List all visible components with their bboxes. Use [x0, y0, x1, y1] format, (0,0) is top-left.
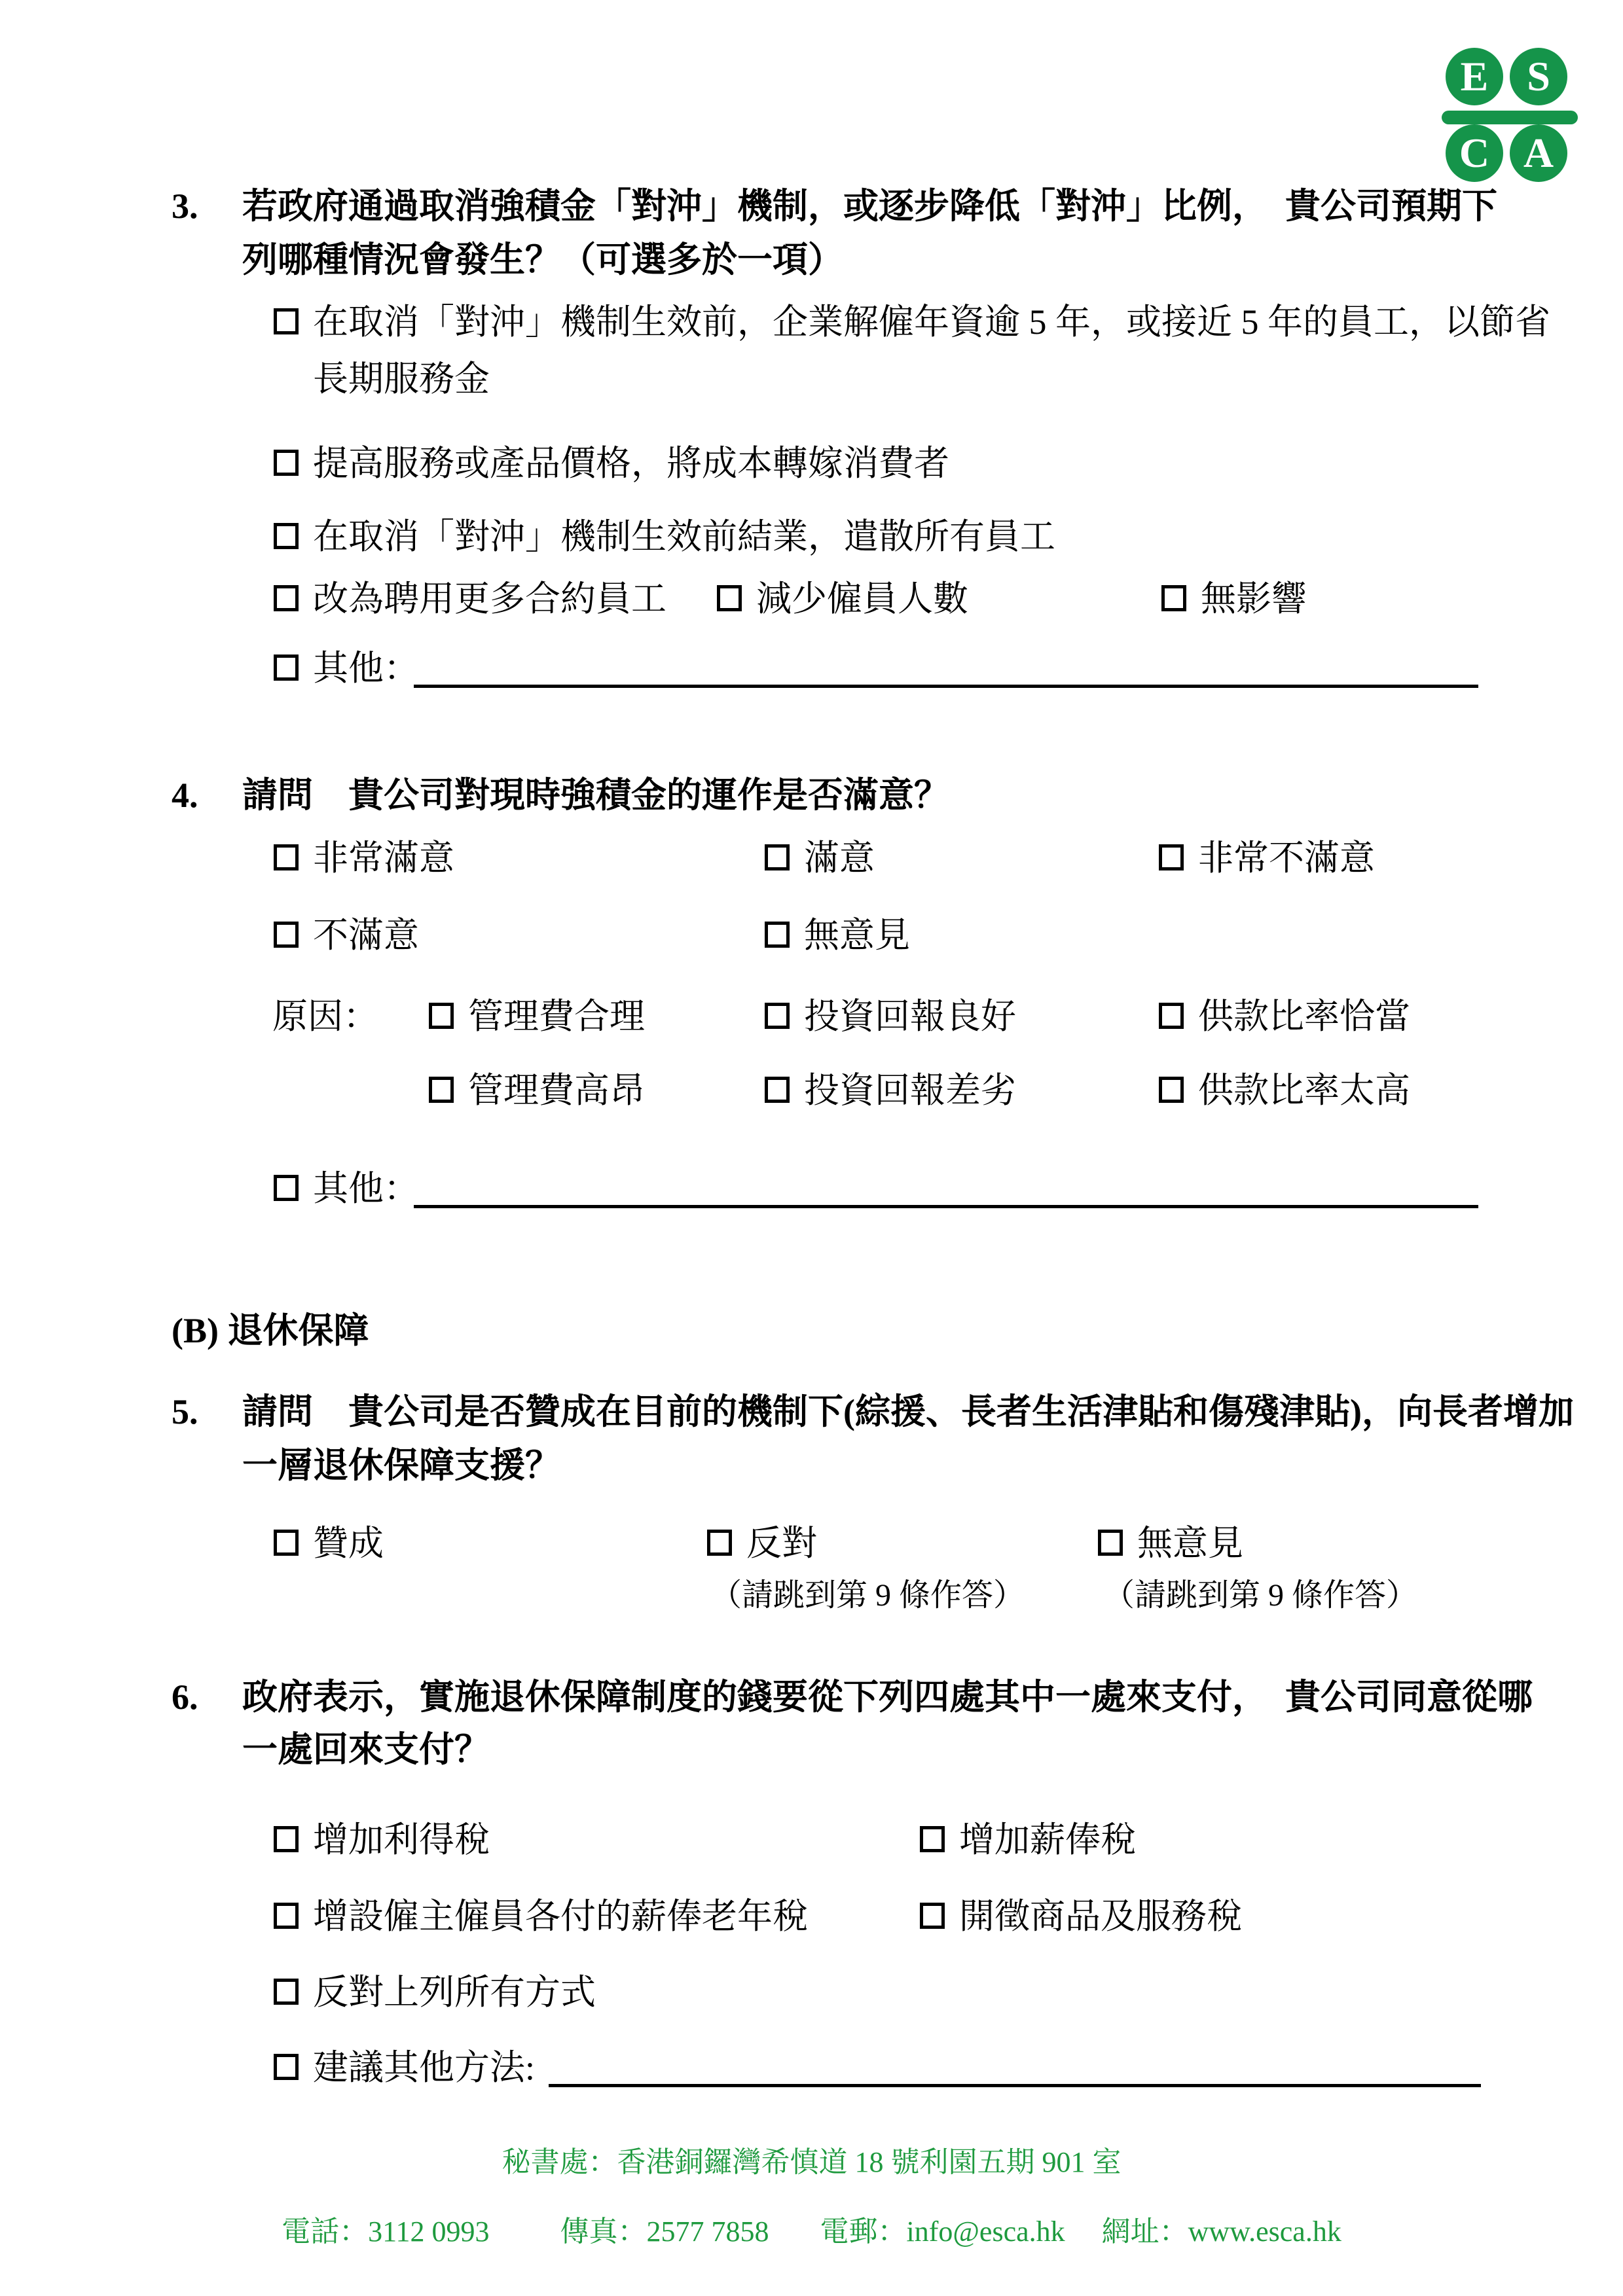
q3-option-raise-prices: 提高服務或產品價格，將成本轉嫁消費者 — [274, 443, 949, 484]
q6-title-line1: 政府表示，實施退休保障制度的錢要從下列四處其中一處來支付， 貴公司同意從哪 — [242, 1677, 1533, 1717]
q4-reason-fee-reasonable-label: 管理費合理 — [468, 996, 645, 1037]
q4-reason-fee-reasonable: 管理費合理 — [429, 996, 645, 1037]
q4-option-very-dissatisfied: 非常不滿意 — [1159, 838, 1375, 878]
q5-option-agree: 贊成 — [274, 1523, 384, 1564]
logo-circle-e: E — [1446, 48, 1503, 105]
q6-option-old-age-tax-label: 增設僱主僱員各付的薪俸老年稅 — [313, 1896, 808, 1937]
q6-checkbox-gst[interactable] — [920, 1903, 945, 1929]
q4-checkbox-other[interactable] — [274, 1175, 299, 1201]
q5-title-line1: 請問 貴公司是否贊成在目前的機制下(綜援、長者生活津貼和傷殘津貼)，向長者增加 — [242, 1391, 1574, 1432]
logo-circle-a: A — [1510, 124, 1567, 182]
q6-option-profits-tax-label: 增加利得稅 — [313, 1820, 490, 1860]
q5-oppose-skip-note: （請跳到第 9 條作答） — [710, 1577, 1025, 1614]
q6-option-oppose-all-label: 反對上列所有方式 — [313, 1972, 596, 2013]
logo-circle-c: C — [1446, 124, 1503, 182]
q3-option-reduce-headcount-label: 減少僱員人數 — [756, 579, 968, 619]
q4-reason-contribution-high-label: 供款比率太高 — [1198, 1070, 1410, 1111]
q4-reason-return-good: 投資回報良好 — [765, 996, 1016, 1037]
logo-circle-s: S — [1510, 48, 1567, 105]
q4-option-other: 其他： — [274, 1168, 419, 1209]
q6-checkbox-oppose-all[interactable] — [274, 1979, 299, 2005]
q3-title-line1: 若政府通過取消強積金「對沖」機制，或逐步降低「對沖」比例， 貴公司預期下 — [242, 186, 1497, 226]
q3-option-close-business: 在取消「對沖」機制生效前結業，遣散所有員工 — [274, 516, 1055, 557]
q4-option-dissatisfied-label: 不滿意 — [313, 915, 419, 956]
q4-checkbox-return-good[interactable] — [765, 1003, 790, 1029]
q4-reason-label: 原因： — [272, 996, 378, 1037]
q4-checkbox-contribution-high[interactable] — [1159, 1077, 1184, 1103]
q3-checkbox-no-impact[interactable] — [1161, 585, 1186, 611]
q5-checkbox-oppose[interactable] — [707, 1530, 732, 1556]
q4-checkbox-contribution-appropriate[interactable] — [1159, 1003, 1184, 1029]
questionnaire-page: E S C A 3. 若政府通過取消強積金「對沖」機制，或逐步降低「對沖」比例，… — [0, 0, 1623, 2296]
q4-checkbox-fee-reasonable[interactable] — [429, 1003, 454, 1029]
q4-option-satisfied: 滿意 — [765, 838, 875, 878]
footer-email: 電郵：info@esca.hk — [820, 2215, 1065, 2249]
logo-bar — [1442, 111, 1578, 124]
q6-option-gst: 開徵商品及服務稅 — [920, 1896, 1242, 1937]
q4-reason-contribution-high: 供款比率太高 — [1159, 1070, 1410, 1111]
section-b-title: (B) 退休保障 — [172, 1310, 369, 1351]
q5-option-agree-label: 贊成 — [313, 1523, 384, 1564]
q3-option-close-business-label: 在取消「對沖」機制生效前結業，遣散所有員工 — [313, 516, 1055, 557]
q4-checkbox-very-dissatisfied[interactable] — [1159, 844, 1184, 870]
q6-option-salaries-tax-label: 增加薪俸稅 — [959, 1820, 1136, 1860]
q6-checkbox-profits-tax[interactable] — [274, 1826, 299, 1852]
q4-reason-fee-high-label: 管理費高昂 — [468, 1070, 645, 1111]
q5-checkbox-no-opinion[interactable] — [1098, 1530, 1123, 1556]
footer-contact-line: 電話：3112 0993 傳真：2577 7858 電郵：info@esca.h… — [0, 2215, 1623, 2249]
q6-option-oppose-all: 反對上列所有方式 — [274, 1972, 596, 2013]
q3-title-line2: 列哪種情況會發生？（可選多於一項） — [242, 240, 843, 280]
q5-no-opinion-skip-note: （請跳到第 9 條作答） — [1103, 1577, 1417, 1614]
q4-other-input-line[interactable] — [414, 1205, 1478, 1208]
q6-option-suggest-other: 建議其他方法: — [274, 2047, 535, 2088]
q4-option-very-dissatisfied-label: 非常不滿意 — [1198, 838, 1375, 878]
q3-option-dismiss-staff: 在取消「對沖」機制生效前，企業解僱年資逾 5 年，或接近 5 年的員工，以節省 — [274, 302, 1550, 342]
q3-checkbox-reduce-headcount[interactable] — [717, 585, 742, 611]
q4-option-no-opinion-label: 無意見 — [804, 915, 910, 956]
q4-checkbox-fee-high[interactable] — [429, 1077, 454, 1103]
q4-checkbox-very-satisfied[interactable] — [274, 844, 299, 870]
q6-option-old-age-tax: 增設僱主僱員各付的薪俸老年稅 — [274, 1896, 808, 1937]
q6-title-line2: 一處回來支付？ — [242, 1729, 490, 1770]
q5-checkbox-agree[interactable] — [274, 1530, 299, 1556]
q6-suggest-other-input-line[interactable] — [549, 2084, 1481, 2087]
q4-checkbox-no-opinion[interactable] — [765, 922, 790, 948]
q4-checkbox-dissatisfied[interactable] — [274, 922, 299, 948]
footer-website: 網址：www.esca.hk — [1102, 2215, 1341, 2249]
q3-option-other-label: 其他： — [313, 648, 419, 689]
q3-option-no-impact-label: 無影響 — [1201, 579, 1307, 619]
q6-checkbox-suggest-other[interactable] — [274, 2054, 299, 2080]
q4-option-no-opinion: 無意見 — [765, 915, 910, 956]
footer-phone: 電話：3112 0993 — [282, 2215, 489, 2249]
q5-option-no-opinion-label: 無意見 — [1137, 1523, 1243, 1564]
q3-option-dismiss-staff-label: 在取消「對沖」機制生效前，企業解僱年資逾 5 年，或接近 5 年的員工，以節省 — [313, 302, 1550, 342]
q6-checkbox-old-age-tax[interactable] — [274, 1903, 299, 1929]
q3-option-no-impact: 無影響 — [1161, 579, 1307, 619]
q5-option-oppose: 反對 — [707, 1523, 817, 1564]
q3-checkbox-dismiss-staff[interactable] — [274, 308, 299, 334]
q4-reason-fee-high: 管理費高昂 — [429, 1070, 645, 1111]
q4-reason-contribution-appropriate-label: 供款比率恰當 — [1198, 996, 1410, 1037]
q3-checkbox-raise-prices[interactable] — [274, 450, 299, 476]
q6-option-profits-tax: 增加利得稅 — [274, 1820, 490, 1860]
q4-reason-return-poor-label: 投資回報差劣 — [804, 1070, 1016, 1111]
q3-number: 3. — [172, 186, 198, 226]
q3-option-other: 其他： — [274, 648, 419, 689]
esca-logo: E S C A — [1446, 48, 1574, 182]
q5-number: 5. — [172, 1391, 198, 1432]
q5-option-oppose-label: 反對 — [746, 1523, 817, 1564]
q3-option-dismiss-staff-label-line2: 長期服務金 — [313, 359, 490, 399]
q3-checkbox-other[interactable] — [274, 655, 299, 681]
q6-checkbox-salaries-tax[interactable] — [920, 1826, 945, 1852]
q3-checkbox-close-business[interactable] — [274, 523, 299, 549]
q4-checkbox-return-poor[interactable] — [765, 1077, 790, 1103]
q3-option-contract-staff: 改為聘用更多合約員工 — [274, 579, 666, 619]
q3-option-contract-staff-label: 改為聘用更多合約員工 — [313, 579, 666, 619]
q4-option-very-satisfied-label: 非常滿意 — [313, 838, 454, 878]
q6-number: 6. — [172, 1677, 198, 1717]
q5-title-line2: 一層退休保障支援？ — [242, 1445, 560, 1486]
q6-option-gst-label: 開徵商品及服務稅 — [959, 1896, 1242, 1937]
q4-title: 請問 貴公司對現時強積金的運作是否滿意？ — [242, 775, 949, 816]
q4-option-dissatisfied: 不滿意 — [274, 915, 419, 956]
footer-fax: 傳真：2577 7858 — [560, 2215, 769, 2249]
q4-number: 4. — [172, 775, 198, 816]
q5-option-no-opinion: 無意見 — [1098, 1523, 1243, 1564]
q3-option-reduce-headcount: 減少僱員人數 — [717, 579, 968, 619]
q6-option-salaries-tax: 增加薪俸稅 — [920, 1820, 1136, 1860]
q4-checkbox-satisfied[interactable] — [765, 844, 790, 870]
q4-option-other-label: 其他： — [313, 1168, 419, 1209]
q4-option-satisfied-label: 滿意 — [804, 838, 875, 878]
q3-other-input-line[interactable] — [414, 685, 1478, 688]
q3-checkbox-contract-staff[interactable] — [274, 585, 299, 611]
q4-option-very-satisfied: 非常滿意 — [274, 838, 454, 878]
q4-reason-return-poor: 投資回報差劣 — [765, 1070, 1016, 1111]
q4-reason-contribution-appropriate: 供款比率恰當 — [1159, 996, 1410, 1037]
q3-option-raise-prices-label: 提高服務或產品價格，將成本轉嫁消費者 — [313, 443, 949, 484]
q6-option-suggest-other-label: 建議其他方法: — [313, 2047, 535, 2088]
footer-address: 秘書處：香港銅鑼灣希慎道 18 號利園五期 901 室 — [0, 2145, 1623, 2179]
q4-reason-return-good-label: 投資回報良好 — [804, 996, 1016, 1037]
